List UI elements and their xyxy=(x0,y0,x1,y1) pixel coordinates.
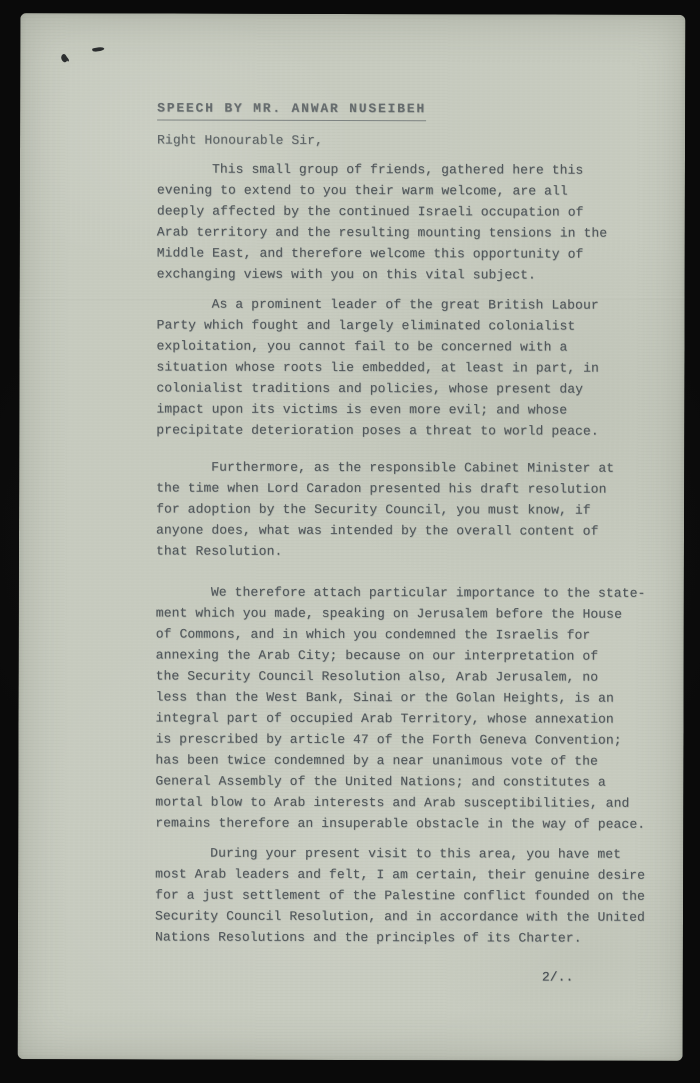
text-line: Middle East, and therefore welcome this … xyxy=(157,242,662,264)
text-line: that Resolution. xyxy=(156,540,661,562)
text-line: most Arab leaders and felt, I am certain… xyxy=(155,863,660,885)
salutation: Right Honourable Sir, xyxy=(157,129,662,151)
paragraph: As a prominent leader of the great Briti… xyxy=(156,293,661,441)
text-line: of Commons, and in which you condemned t… xyxy=(156,623,661,645)
text-line: exploitation, you cannot fail to be conc… xyxy=(156,335,661,357)
text-line: remains therefore an insuperable obstacl… xyxy=(155,812,660,834)
document-page: SPEECH BY MR. ANWAR NUSEIBEH Right Honou… xyxy=(18,13,686,1061)
text-line: As a prominent leader of the great Briti… xyxy=(157,293,662,315)
text-line: Security Council Resolution, and in acco… xyxy=(155,905,660,927)
text-line: anyone does, what was intended by the ov… xyxy=(156,519,661,541)
paragraph: Furthermore, as the responsible Cabinet … xyxy=(156,456,661,562)
text-line: the time when Lord Caradon presented his… xyxy=(156,477,661,499)
text-line: less than the West Bank, Sinai or the Go… xyxy=(156,686,661,708)
text-line: Furthermore, as the responsible Cabinet … xyxy=(156,456,661,478)
text-line: for a just settlement of the Palestine c… xyxy=(155,884,660,906)
text-line: deeply affected by the continued Israeli… xyxy=(157,200,662,222)
text-line: Nations Resolutions and the principles o… xyxy=(155,926,660,948)
text-line: General Assembly of the United Nations; … xyxy=(155,770,660,792)
text-line: precipitate deterioration poses a threat… xyxy=(156,419,661,441)
text-line: has been twice condemned by a near unani… xyxy=(155,749,660,771)
text-line: annexing the Arab City; because on our i… xyxy=(156,644,661,666)
text-line: exchanging views with you on this vital … xyxy=(157,263,662,285)
text-line: is prescribed by article 47 of the Forth… xyxy=(155,728,660,750)
document-title: SPEECH BY MR. ANWAR NUSEIBEH xyxy=(157,97,426,121)
text-line: impact upon its victims is even more evi… xyxy=(156,398,661,420)
text-line: colonialist traditions and policies, who… xyxy=(156,377,661,399)
ink-speck xyxy=(92,46,105,52)
paragraph: During your present visit to this area, … xyxy=(155,842,660,948)
text-line: for adoption by the Security Council, yo… xyxy=(156,498,661,520)
page-number: 2/.. xyxy=(155,965,660,987)
text-line: mortal blow to Arab interests and Arab s… xyxy=(155,791,660,813)
text-line: the Security Council Resolution also, Ar… xyxy=(156,665,661,687)
text-line: integral part of occupied Arab Territory… xyxy=(155,707,660,729)
ink-speck xyxy=(60,53,69,63)
text-line: evening to extend to you their warm welc… xyxy=(157,179,662,201)
paragraph: We therefore attach particular importanc… xyxy=(155,581,661,834)
text-line: Party which fought and largely eliminate… xyxy=(157,314,662,336)
text-line: Arab territory and the resulting mountin… xyxy=(157,221,662,243)
text-line: situation whose roots lie embedded, at l… xyxy=(156,356,661,378)
paragraph: This small group of friends, gathered he… xyxy=(157,158,662,285)
text-line: During your present visit to this area, … xyxy=(155,842,660,864)
text-line: ment which you made, speaking on Jerusal… xyxy=(156,602,661,624)
scan-background: SPEECH BY MR. ANWAR NUSEIBEH Right Honou… xyxy=(0,0,700,1083)
text-line: We therefore attach particular importanc… xyxy=(156,581,661,603)
text-line: This small group of friends, gathered he… xyxy=(157,158,662,180)
typewritten-content: SPEECH BY MR. ANWAR NUSEIBEH Right Honou… xyxy=(155,97,662,987)
